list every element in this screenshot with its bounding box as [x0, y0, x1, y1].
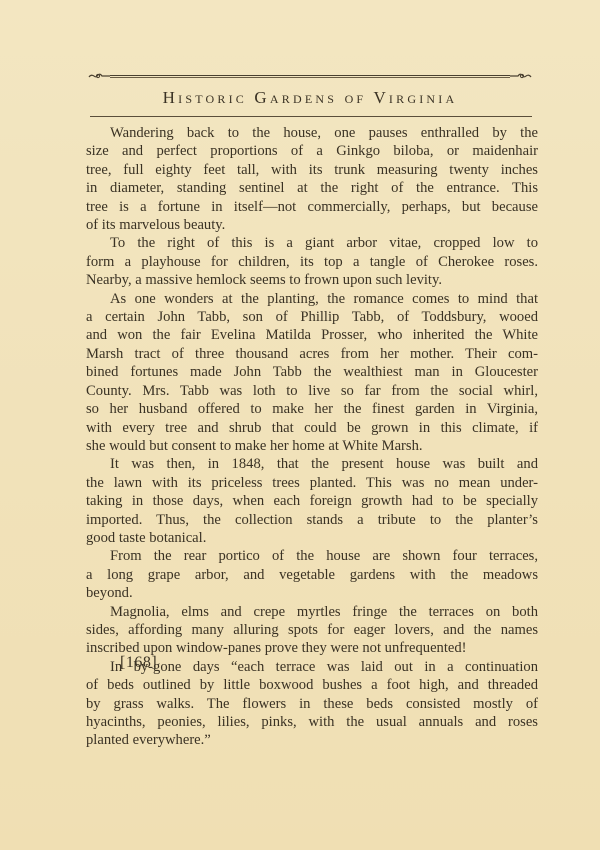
paragraph: As one wonders at the planting, the roma…	[86, 290, 538, 456]
header-ornamental-rule	[88, 74, 532, 80]
text-line: the lawn with its priceless trees plante…	[86, 474, 538, 492]
text-line: good taste botanical.	[86, 529, 538, 547]
text-line: planted everywhere.”	[86, 731, 538, 749]
text-line: a certain John Tabb, son of Phillip Tabb…	[86, 308, 538, 326]
text-line: County. Mrs. Tabb was loth to live so fa…	[86, 382, 538, 400]
text-line: As one wonders at the planting, the roma…	[86, 290, 538, 308]
text-line: of beds outlined by little boxwood bushe…	[86, 676, 538, 694]
paragraph: Magnolia, elms and crepe myrtles fringe …	[86, 603, 538, 658]
text-line: From the rear portico of the house are s…	[86, 547, 538, 565]
paragraph: From the rear portico of the house are s…	[86, 547, 538, 602]
text-line: in diameter, standing sentinel at the ri…	[86, 179, 538, 197]
text-line: of its marvelous beauty.	[86, 216, 538, 234]
text-line: Magnolia, elms and crepe myrtles fringe …	[86, 603, 538, 621]
text-line: taking in those days, when each foreign …	[86, 492, 538, 510]
text-line: she would but consent to make her home a…	[86, 437, 538, 455]
text-line: Marsh tract of three thousand acres from…	[86, 345, 538, 363]
text-line: sides, affording many alluring spots for…	[86, 621, 538, 639]
text-line: hyacinths, peonies, lilies, pinks, with …	[86, 713, 538, 731]
scroll-ornament-right-icon	[510, 72, 532, 80]
text-line: by grass walks. The flowers in these bed…	[86, 695, 538, 713]
page-number: [168]	[120, 654, 157, 672]
text-line: with every tree and shrub that could be …	[86, 419, 538, 437]
text-line: and won the fair Evelina Matilda Prosser…	[86, 326, 538, 344]
paragraph: It was then, in 1848, that the present h…	[86, 455, 538, 547]
running-head: Historic Gardens of Virginia	[88, 88, 532, 108]
text-line: tree is a fortune in itself—not commerci…	[86, 198, 538, 216]
text-line: It was then, in 1848, that the present h…	[86, 455, 538, 473]
text-line: form a playhouse for children, its top a…	[86, 253, 538, 271]
text-line: To the right of this is a giant arbor vi…	[86, 234, 538, 252]
book-page: Historic Gardens of Virginia Wandering b…	[0, 0, 600, 850]
text-line: imported. Thus, the collection stands a …	[86, 511, 538, 529]
paragraph: Wandering back to the house, one pauses …	[86, 124, 538, 234]
text-line: tree, full eighty feet tall, with its tr…	[86, 161, 538, 179]
scroll-ornament-left-icon	[88, 72, 110, 80]
text-line: bined fortunes made John Tabb the wealth…	[86, 363, 538, 381]
text-line: so her husband offered to make her the f…	[86, 400, 538, 418]
header-double-rule	[110, 75, 510, 78]
header-rule	[90, 116, 532, 117]
text-line: Nearby, a massive hemlock seems to frown…	[86, 271, 538, 289]
text-line: a long grape arbor, and vegetable garden…	[86, 566, 538, 584]
paragraph: To the right of this is a giant arbor vi…	[86, 234, 538, 289]
text-line: Wandering back to the house, one pauses …	[86, 124, 538, 142]
text-line: size and perfect proportions of a Ginkgo…	[86, 142, 538, 160]
text-line: beyond.	[86, 584, 538, 602]
